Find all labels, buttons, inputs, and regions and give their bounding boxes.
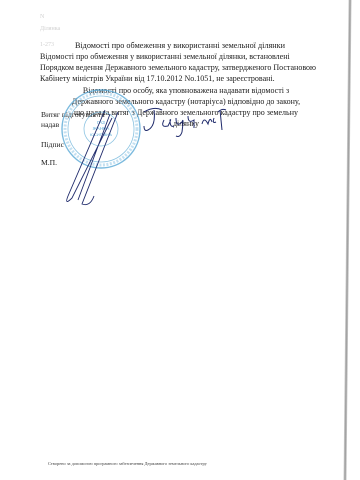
restrictions-paragraph: Відомості про обмеження у використанні з… — [40, 51, 322, 84]
ghost-mark: N — [40, 14, 44, 20]
page-edge-shadow — [343, 0, 351, 480]
footer-note: Створено за допомогою програмного забезп… — [48, 461, 207, 466]
document-page: N Ділянка 1-273 Відомості про обмеження … — [0, 0, 360, 480]
section-title: Відомості про обмеження у використанні з… — [0, 41, 360, 50]
handwritten-name-icon — [140, 102, 230, 142]
seal-label: М.П. — [41, 158, 57, 168]
provided-label: надав — [41, 120, 59, 130]
ghost-mark: Ділянка — [40, 26, 60, 32]
signature-scrawl-icon — [60, 108, 130, 208]
